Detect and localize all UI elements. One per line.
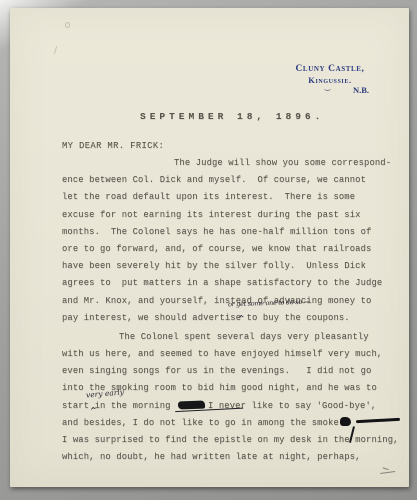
letterhead-line3: N.B. — [285, 85, 375, 96]
letter-line: pay interest, we should advertise to buy… — [62, 310, 398, 327]
letter-line: The Colonel spent several days very plea… — [62, 329, 398, 346]
salutation: MY DEAR MR. FRICK: — [62, 141, 164, 151]
line-text: and besides, I do not like to go in amon… — [62, 418, 339, 428]
struck-out-word — [356, 418, 400, 423]
letter-line: which, no doubt, he had written late at … — [62, 449, 398, 466]
letter-line: agrees to put matters in a shape satisfa… — [62, 275, 398, 292]
letter-line: ence between Col. Dick and myself. Of co… — [62, 172, 398, 189]
letter-line: even singing songs for us in the evening… — [62, 363, 398, 380]
letterhead-line1: Cluny Castle, — [285, 64, 375, 75]
letter-line: let the road default upon its interest. … — [62, 189, 398, 206]
letter-line: excuse for not earning its interest duri… — [62, 207, 398, 224]
letter-line-with-strikeout: and besides, I do not like to go in amon… — [62, 415, 398, 432]
ink-blot — [340, 417, 351, 426]
letter-line: have been severely hit by the silver fol… — [62, 258, 398, 275]
paragraph-2: The Colonel spent several days very plea… — [62, 329, 398, 467]
letter-line: ore to go forward, and, of course, we kn… — [62, 241, 398, 258]
pencil-arrow-mark — [380, 469, 395, 474]
paper-speck — [54, 46, 57, 54]
scanned-letter-scene: Cluny Castle, Kingussie. N.B. SEPTEMBER … — [0, 0, 417, 500]
letterhead-line2: Kingussie. — [285, 75, 375, 85]
letterhead-stamp: Cluny Castle, Kingussie. N.B. — [285, 64, 375, 96]
letter-line: into the smoking room to bid him good ni… — [62, 380, 398, 397]
letter-body: The Judge will show you some correspond-… — [62, 155, 398, 466]
letter-line: I was surprised to find the epistle on m… — [62, 432, 398, 449]
ink-squiggle-mark — [324, 86, 331, 91]
letter-line: with us here, and seemed to have enjoyed… — [62, 346, 398, 363]
letter-line: The Judge will show you some correspond- — [62, 155, 398, 172]
letter-line: months. The Colonel says he has one-half… — [62, 224, 398, 241]
paper-speck — [65, 22, 70, 28]
letter-paper: Cluny Castle, Kingussie. N.B. SEPTEMBER … — [10, 8, 409, 487]
line-text: start in the morning — [62, 401, 176, 411]
inked-out-word — [178, 400, 205, 409]
date-line: SEPTEMBER 18, 1896. — [140, 111, 324, 122]
letter-line-with-scribble: start in the morning I never like to say… — [62, 398, 398, 415]
paragraph-1: The Judge will show you some correspond-… — [62, 155, 398, 327]
letterhead-nb: N.B. — [353, 85, 369, 95]
letter-line: and Mr. Knox, and yourself, instead of a… — [62, 293, 398, 310]
